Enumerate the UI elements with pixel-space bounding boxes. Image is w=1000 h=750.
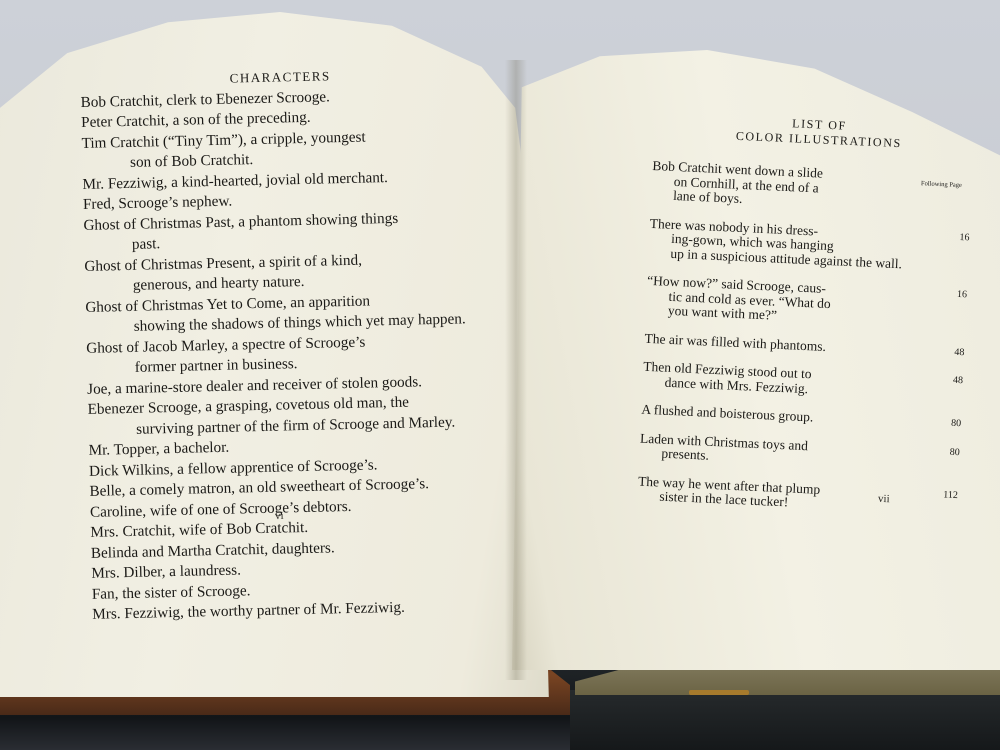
- entry-text: Fred, Scrooge’s nephew.: [83, 193, 233, 213]
- illustration-caption: Then old Fezziwig stood out to dance wit…: [642, 360, 973, 404]
- entry-text: Fan, the sister of Scrooge.: [92, 582, 251, 603]
- illustration-page-number: 80: [949, 445, 960, 460]
- illustration-entry: 112 The way he went after that plump sis…: [637, 474, 968, 518]
- entry-text: Belinda and Martha Cratchit, daughters.: [91, 539, 335, 562]
- entry-text: Bob Cratchit, clerk to Ebenezer Scrooge.: [80, 88, 330, 111]
- illustration-caption: The air was filled with phantoms.: [644, 331, 974, 360]
- entry-text: Mr. Topper, a bachelor.: [88, 439, 229, 459]
- illustration-caption: “How now?” said Scrooge, caus- tic and c…: [646, 274, 978, 332]
- ribbon-bookmark: [689, 690, 749, 695]
- entry-text: Ghost of Jacob Marley, a spectre of Scro…: [86, 333, 365, 356]
- illustration-page-number: 16: [957, 288, 968, 303]
- illustration-page-number: 48: [954, 345, 965, 360]
- illustration-page-number: 16: [959, 230, 970, 245]
- illustration-entry: 48 Then old Fezziwig stood out to dance …: [642, 360, 973, 404]
- book-cover-right: [570, 690, 1000, 750]
- illustration-entry: 80 Laden with Christmas toys and present…: [639, 431, 970, 475]
- illustration-entry: 16 “How now?” said Scrooge, caus- tic an…: [646, 274, 978, 332]
- characters-list: CHARACTERS Bob Cratchit, clerk to Ebenez…: [80, 62, 512, 625]
- illustration-page-number: 112: [943, 488, 958, 503]
- caption-line: A flushed and boisterous group.: [641, 402, 814, 425]
- illustration-entry: 16 There was nobody in his dress- ing-go…: [648, 216, 980, 274]
- entry-text: Ghost of Christmas Present, a spirit of …: [84, 251, 362, 274]
- page-number-left: vi: [275, 510, 284, 522]
- illustrations-list: LIST OF COLOR ILLUSTRATIONS Following Pa…: [637, 110, 985, 532]
- illustration-page-number: 48: [953, 374, 964, 389]
- illustration-caption: There was nobody in his dress- ing-gown,…: [648, 216, 980, 274]
- entry-text: Mrs. Cratchit, wife of Bob Cratchit.: [90, 519, 308, 541]
- illustration-caption: Laden with Christmas toys and presents.: [639, 431, 970, 475]
- illustration-entry: Following Page Bob Cratchit went down a …: [651, 159, 983, 217]
- illustration-entry: 80 A flushed and boisterous group.: [641, 403, 971, 432]
- illustration-page-number: 80: [951, 417, 962, 432]
- caption-line: The air was filled with phantoms.: [644, 330, 826, 353]
- illustration-entry: 48 The air was filled with phantoms.: [644, 331, 974, 360]
- page-number-right: vii: [878, 493, 890, 505]
- illustration-caption: A flushed and boisterous group.: [641, 403, 971, 432]
- following-page-header: Following Page: [921, 177, 963, 193]
- illustrations-title: LIST OF COLOR ILLUSTRATIONS: [654, 110, 985, 155]
- entry-text: Peter Cratchit, a son of the preceding.: [81, 109, 311, 131]
- entry-text: Mrs. Dilber, a laundress.: [91, 561, 241, 581]
- illustration-caption: The way he went after that plump sister …: [637, 474, 968, 518]
